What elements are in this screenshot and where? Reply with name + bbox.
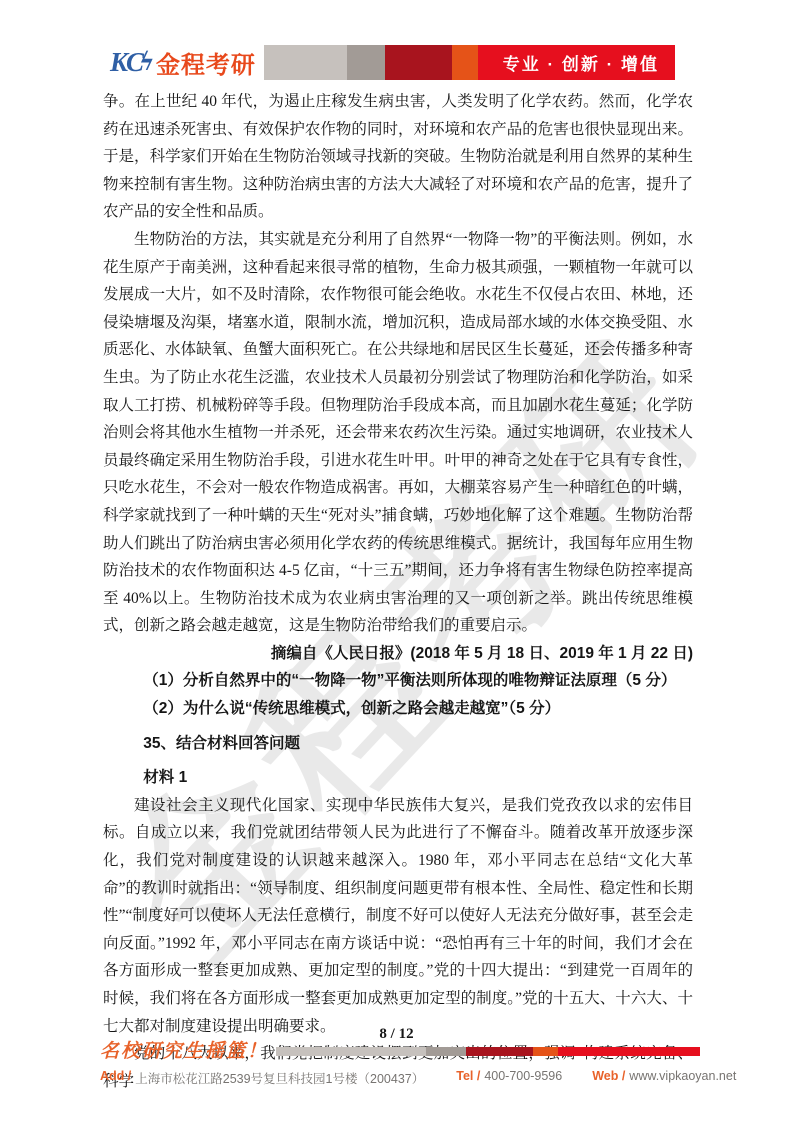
website-value: www.vipkaoyan.net xyxy=(629,1069,736,1083)
website-label: Web / xyxy=(592,1069,625,1083)
page-header: KC ϟ 金程考研 专业 · 创新 · 增值 xyxy=(110,42,675,82)
section-heading-35: 35、结合材料回答问题 xyxy=(103,730,693,758)
banner-segment-dark-red xyxy=(385,45,452,80)
footer-website: Web / www.vipkaoyan.net xyxy=(592,1069,736,1083)
material-1-label: 材料 1 xyxy=(103,764,693,792)
footer-slogan: 名校研究生摇篮！ xyxy=(100,1042,268,1061)
footer-bar-segment-orange xyxy=(533,1047,558,1056)
source-line: 摘编自《人民日报》(2018 年 5 月 18 日、2019 年 1 月 22 … xyxy=(103,640,693,668)
banner-segment-gray-light xyxy=(264,45,347,80)
paragraph-chemical-pesticides: 争。在上世纪 40 年代，为遏止庄稼发生病虫害，人类发明了化学农药。然而，化学农… xyxy=(103,88,693,226)
brand-name: 金程考研 xyxy=(156,45,256,80)
footer-telephone: Tel / 400-700-9596 xyxy=(456,1069,562,1083)
footer-contact-row: Add / 上海市松花江路2539号复旦科技园1号楼（200437） Tel /… xyxy=(100,1069,700,1087)
document-page: 金程考研 KC ϟ 金程考研 专业 · 创新 · 增值 争。在上世纪 40 年代… xyxy=(0,0,793,1122)
footer-divider-bar xyxy=(276,1047,700,1056)
material-1-paragraph-1: 建设社会主义现代化国家、实现中华民族伟大复兴，是我们党孜孜以求的宏伟目标。自成立… xyxy=(103,792,693,1040)
document-body: 争。在上世纪 40 年代，为遏止庄稼发生病虫害，人类发明了化学农药。然而，化学农… xyxy=(103,88,693,1095)
question-1: （1）分析自然界中的“一物降一物”平衡法则所体现的唯物辩证法原理（5 分） xyxy=(103,667,693,695)
banner-segment-gray xyxy=(347,45,385,80)
footer-brand-row: 名校研究生摇篮！ xyxy=(100,1042,700,1061)
question-2: （2）为什么说“传统思维模式，创新之路会越走越宽”（5 分） xyxy=(103,695,693,723)
header-slogan: 专业 · 创新 · 增值 xyxy=(503,50,659,75)
footer-bar-segment-red xyxy=(558,1047,700,1056)
header-banner: 专业 · 创新 · 增值 xyxy=(264,45,675,80)
footer-bar-segment-gray-light xyxy=(276,1047,426,1056)
footer-bar-segment-gray xyxy=(426,1047,466,1056)
footer-bar-segment-dark-red xyxy=(466,1047,533,1056)
banner-segment-red: 专业 · 创新 · 增值 xyxy=(478,45,675,80)
address-value: 上海市松花江路2539号复旦科技园1号楼（200437） xyxy=(135,1069,424,1087)
page-footer: 名校研究生摇篮！ Add / 上海市松花江路2539号复旦科技园1号楼（2004… xyxy=(100,1042,700,1087)
banner-segment-orange xyxy=(452,45,478,80)
telephone-value: 400-700-9596 xyxy=(484,1069,562,1083)
footer-address: Add / 上海市松花江路2539号复旦科技园1号楼（200437） xyxy=(100,1069,424,1087)
telephone-label: Tel / xyxy=(456,1069,480,1083)
brand-logo: KC ϟ 金程考研 xyxy=(110,45,256,80)
address-label: Add / xyxy=(100,1069,131,1087)
paragraph-bio-control-method: 生物防治的方法，其实就是充分利用了自然界“一物降一物”的平衡法则。例如，水花生原… xyxy=(103,226,693,640)
